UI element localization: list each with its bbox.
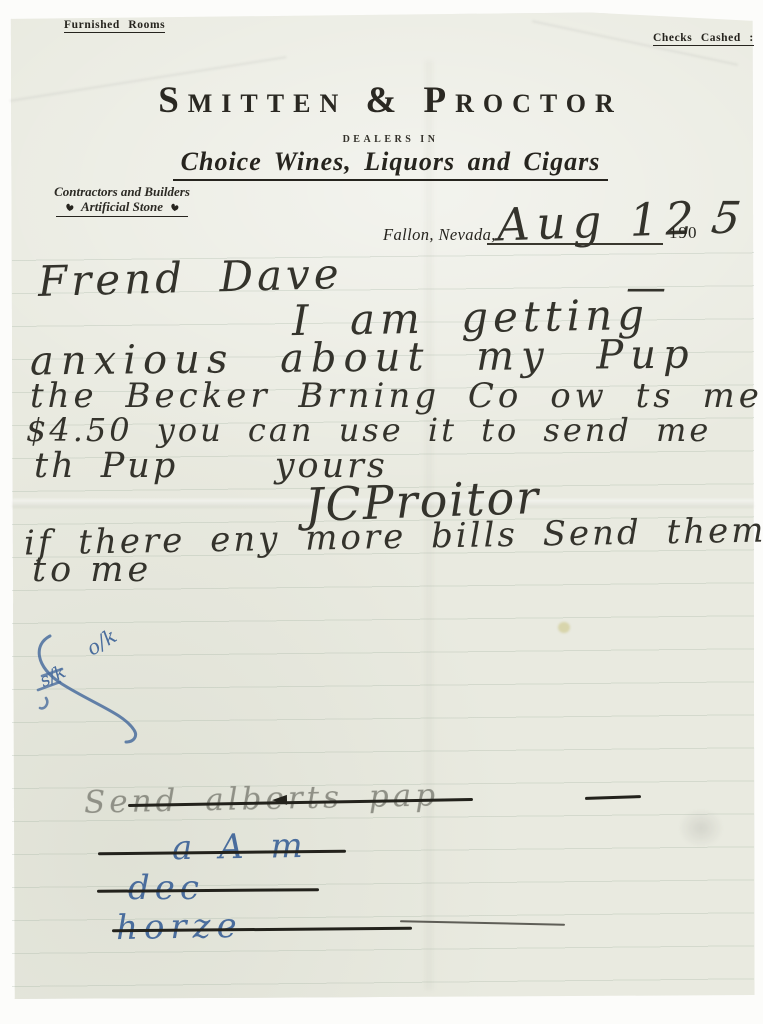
body-line-4: $4.50 you can use it to send me — [26, 414, 711, 446]
fleuron-icon — [65, 200, 74, 215]
strike-arrowhead — [272, 795, 287, 805]
crossed-item-2: dec — [128, 871, 204, 905]
letter-scan: Furnished Rooms Checks Cashed : Smitten … — [0, 0, 763, 1024]
body-line-2: anxious about my Pup — [30, 335, 696, 382]
product-line: Choice Wines, Liquors and Cigars — [173, 147, 609, 181]
fleuron-icon — [170, 200, 179, 215]
year-printed: 190 — [669, 223, 698, 243]
checks-cashed-note: Checks Cashed : — [653, 32, 754, 46]
furnished-rooms-note: Furnished Rooms — [64, 19, 165, 33]
side-note: Contractors and Builders Artificial Ston… — [38, 184, 206, 217]
side-note-line1: Contractors and Builders — [54, 184, 190, 199]
pencil-smudge — [678, 808, 724, 848]
company-name: Smitten & Proctor — [158, 80, 623, 121]
side-note-line2-underlined: Artificial Stone — [56, 199, 188, 217]
crossed-item-3: horze — [116, 909, 243, 945]
postscript-line-2: to me — [32, 553, 152, 588]
stain-mark — [558, 622, 570, 633]
crossed-item-1: a A m — [172, 829, 311, 865]
side-note-line2: Artificial Stone — [81, 199, 163, 214]
dealers-in-line: DEALERS IN — [343, 134, 439, 145]
dateline-place: Fallon, Nevada, — [383, 225, 496, 245]
body-line-3: the Becker Brning Co ow ts me — [30, 379, 763, 413]
